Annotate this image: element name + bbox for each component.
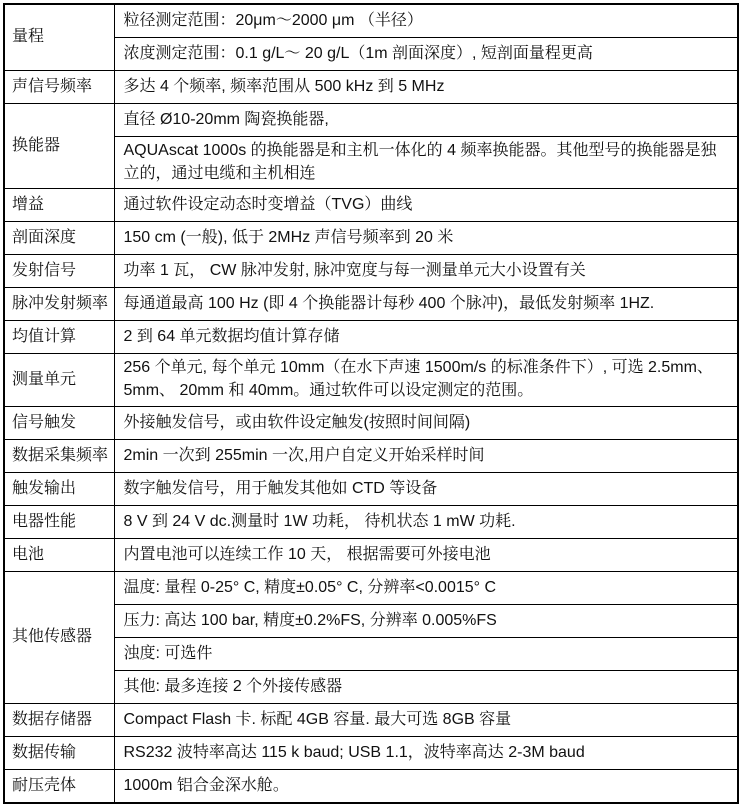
spec-label-cell: 其他传感器 (4, 571, 114, 703)
table-row: 其他: 最多连接 2 个外接传感器 (4, 670, 738, 703)
spec-label-cell: 脉冲发射频率 (4, 288, 114, 321)
table-row: 测量单元256 个单元, 每个单元 10mm（在水下声速 1500m/s 的标准… (4, 354, 738, 406)
spec-value-cell: 浓度测定范围：0.1 g/L～ 20 g/L（1m 剖面深度）, 短剖面量程更高 (114, 38, 738, 71)
table-row: 发射信号功率 1 瓦， CW 脉冲发射, 脉冲宽度与每一测量单元大小设置有关 (4, 255, 738, 288)
table-row: 脉冲发射频率每通道最高 100 Hz (即 4 个换能器计每秒 400 个脉冲)… (4, 288, 738, 321)
spec-value-cell: 2 到 64 单元数据均值计算存储 (114, 321, 738, 354)
table-row: 电池内置电池可以连续工作 10 天， 根据需要可外接电池 (4, 538, 738, 571)
spec-label-cell: 增益 (4, 189, 114, 222)
spec-value-cell: 直径 Ø10-20mm 陶瓷换能器, (114, 104, 738, 137)
spec-value-cell: 外接触发信号，或由软件设定触发(按照时间间隔) (114, 406, 738, 439)
spec-value-cell: 其他: 最多连接 2 个外接传感器 (114, 670, 738, 703)
table-row: 浊度: 可选件 (4, 637, 738, 670)
spec-value-cell: 256 个单元, 每个单元 10mm（在水下声速 1500m/s 的标准条件下）… (114, 354, 738, 406)
spec-label-cell: 耐压壳体 (4, 769, 114, 803)
spec-label-cell: 触发输出 (4, 472, 114, 505)
spec-value-cell: 温度: 量程 0-25° C, 精度±0.05° C, 分辨率<0.0015° … (114, 571, 738, 604)
spec-label-cell: 测量单元 (4, 354, 114, 406)
spec-label-cell: 剖面深度 (4, 222, 114, 255)
table-row: 数据传输RS232 波特率高达 115 k baud; USB 1.1，波特率高… (4, 736, 738, 769)
spec-label-cell: 信号触发 (4, 406, 114, 439)
table-row: 声信号频率多达 4 个频率, 频率范围从 500 kHz 到 5 MHz (4, 71, 738, 104)
table-row: 量程粒径测定范围：20μm～2000 μm （半径） (4, 4, 738, 38)
spec-table-body: 量程粒径测定范围：20μm～2000 μm （半径）浓度测定范围：0.1 g/L… (4, 4, 738, 803)
spec-value-cell: 浊度: 可选件 (114, 637, 738, 670)
spec-value-cell: RS232 波特率高达 115 k baud; USB 1.1，波特率高达 2-… (114, 736, 738, 769)
table-row: 耐压壳体1000m 铝合金深水舱。 (4, 769, 738, 803)
spec-value-cell: 压力: 高达 100 bar, 精度±0.2%FS, 分辨率 0.005%FS (114, 604, 738, 637)
table-row: 增益通过软件设定动态时变增益（TVG）曲线 (4, 189, 738, 222)
spec-label-cell: 均值计算 (4, 321, 114, 354)
spec-value-cell: 多达 4 个频率, 频率范围从 500 kHz 到 5 MHz (114, 71, 738, 104)
table-row: 数据存储器Compact Flash 卡. 标配 4GB 容量. 最大可选 8G… (4, 703, 738, 736)
table-row: 压力: 高达 100 bar, 精度±0.2%FS, 分辨率 0.005%FS (4, 604, 738, 637)
table-row: AQUAscat 1000s 的换能器是和主机一体化的 4 频率换能器。其他型号… (4, 137, 738, 189)
spec-value-cell: 1000m 铝合金深水舱。 (114, 769, 738, 803)
table-row: 浓度测定范围：0.1 g/L～ 20 g/L（1m 剖面深度）, 短剖面量程更高 (4, 38, 738, 71)
table-row: 均值计算2 到 64 单元数据均值计算存储 (4, 321, 738, 354)
table-row: 其他传感器温度: 量程 0-25° C, 精度±0.05° C, 分辨率<0.0… (4, 571, 738, 604)
spec-value-cell: 8 V 到 24 V dc.测量时 1W 功耗， 待机状态 1 mW 功耗. (114, 505, 738, 538)
table-row: 电器性能8 V 到 24 V dc.测量时 1W 功耗， 待机状态 1 mW 功… (4, 505, 738, 538)
spec-value-cell: 内置电池可以连续工作 10 天， 根据需要可外接电池 (114, 538, 738, 571)
spec-value-cell: Compact Flash 卡. 标配 4GB 容量. 最大可选 8GB 容量 (114, 703, 738, 736)
spec-label-cell: 电池 (4, 538, 114, 571)
spec-label-cell: 数据采集频率 (4, 439, 114, 472)
table-row: 换能器直径 Ø10-20mm 陶瓷换能器, (4, 104, 738, 137)
spec-value-cell: 2min 一次到 255min 一次,用户自定义开始采样时间 (114, 439, 738, 472)
spec-label-cell: 数据传输 (4, 736, 114, 769)
spec-label-cell: 电器性能 (4, 505, 114, 538)
table-row: 剖面深度150 cm (一般), 低于 2MHz 声信号频率到 20 米 (4, 222, 738, 255)
spec-label-cell: 声信号频率 (4, 71, 114, 104)
spec-label-cell: 量程 (4, 4, 114, 71)
spec-label-cell: 发射信号 (4, 255, 114, 288)
spec-value-cell: 150 cm (一般), 低于 2MHz 声信号频率到 20 米 (114, 222, 738, 255)
table-row: 触发输出数字触发信号，用于触发其他如 CTD 等设备 (4, 472, 738, 505)
spec-label-cell: 换能器 (4, 104, 114, 189)
spec-table: 量程粒径测定范围：20μm～2000 μm （半径）浓度测定范围：0.1 g/L… (3, 3, 739, 804)
spec-value-cell: AQUAscat 1000s 的换能器是和主机一体化的 4 频率换能器。其他型号… (114, 137, 738, 189)
spec-value-cell: 通过软件设定动态时变增益（TVG）曲线 (114, 189, 738, 222)
table-row: 信号触发外接触发信号，或由软件设定触发(按照时间间隔) (4, 406, 738, 439)
spec-label-cell: 数据存储器 (4, 703, 114, 736)
spec-value-cell: 粒径测定范围：20μm～2000 μm （半径） (114, 4, 738, 38)
spec-value-cell: 每通道最高 100 Hz (即 4 个换能器计每秒 400 个脉冲)，最低发射频… (114, 288, 738, 321)
table-row: 数据采集频率2min 一次到 255min 一次,用户自定义开始采样时间 (4, 439, 738, 472)
spec-value-cell: 功率 1 瓦， CW 脉冲发射, 脉冲宽度与每一测量单元大小设置有关 (114, 255, 738, 288)
spec-value-cell: 数字触发信号，用于触发其他如 CTD 等设备 (114, 472, 738, 505)
